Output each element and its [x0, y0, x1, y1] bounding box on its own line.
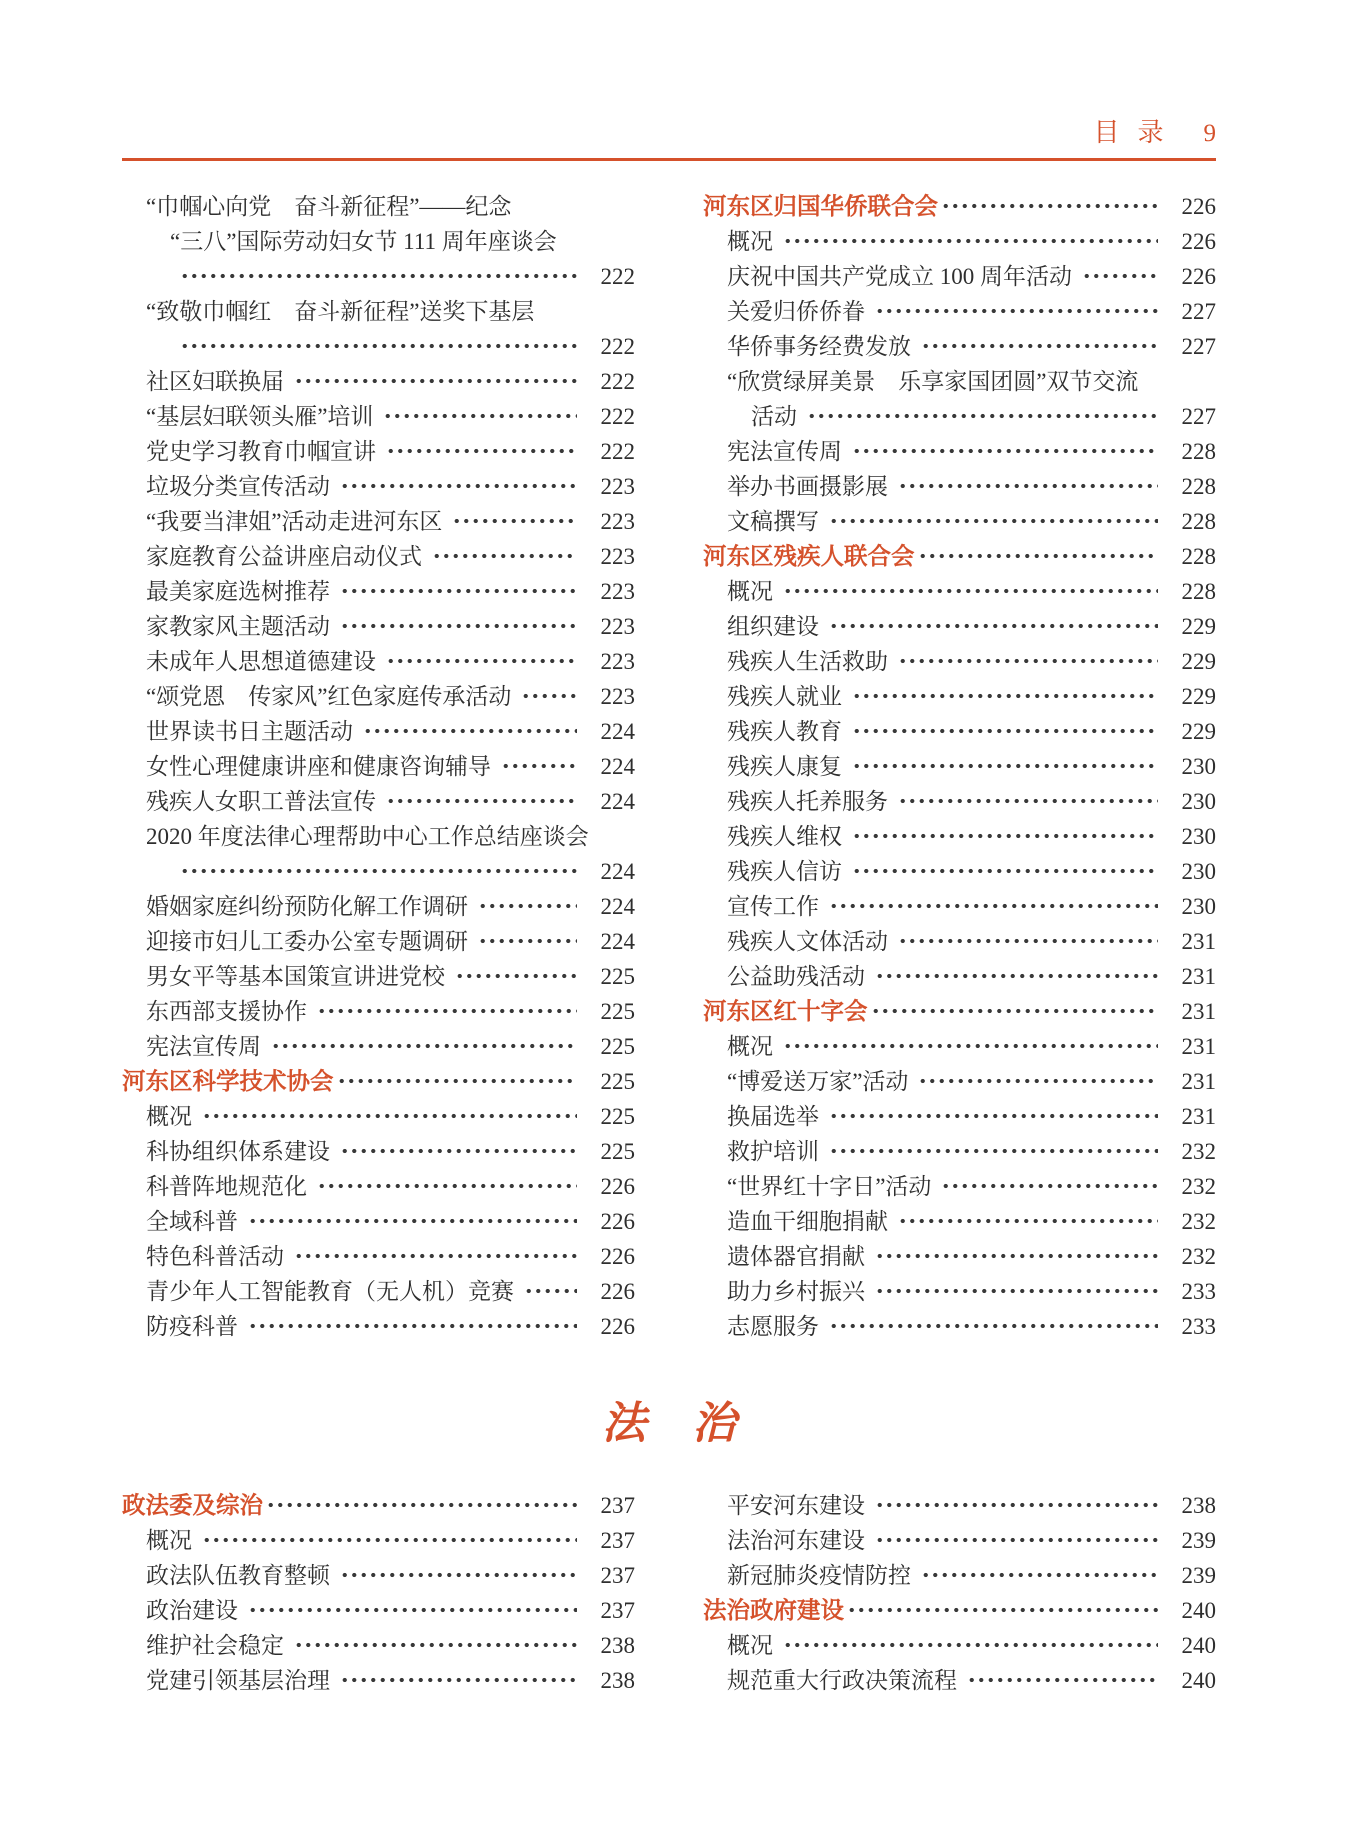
- entry-label: “巾帼心向党 奋斗新征程”——纪念: [146, 189, 511, 224]
- entry-label: 政法队伍教育整顿: [146, 1558, 330, 1593]
- entry-label: 残疾人生活救助: [727, 644, 888, 679]
- entry-label: “我要当津姐”活动走进河东区: [146, 504, 442, 539]
- page-number: 226: [587, 1169, 635, 1204]
- page-number: 223: [587, 609, 635, 644]
- dot-leader: [1082, 272, 1158, 280]
- dot-leader: [852, 692, 1158, 700]
- toc-entry-line: 防疫科普226: [122, 1309, 635, 1344]
- page-number: 222: [587, 364, 635, 399]
- dot-leader: [521, 692, 577, 700]
- toc-entry-line: 家教家风主题活动223: [122, 609, 635, 644]
- entry-label: 党建引领基层治理: [146, 1663, 330, 1698]
- dot-leader: [317, 1182, 577, 1190]
- dot-leader: [340, 1676, 577, 1684]
- entry-label: “致敬巾帼红 奋斗新征程”送奖下基层: [146, 294, 534, 329]
- dot-leader: [180, 342, 577, 350]
- toc-entry-line: 特色科普活动226: [122, 1239, 635, 1274]
- toc-entry-line: 222: [122, 329, 635, 364]
- dot-leader: [941, 1182, 1158, 1190]
- dot-leader: [294, 377, 577, 385]
- page-number: 226: [1168, 224, 1216, 259]
- toc-entry-line: 法治河东建设239: [703, 1523, 1216, 1558]
- page-number: 224: [587, 924, 635, 959]
- page-number: 226: [587, 1204, 635, 1239]
- toc-entry-line: 未成年人思想道德建设223: [122, 644, 635, 679]
- page-number: 225: [587, 1029, 635, 1064]
- toc-entry-line: 规范重大行政决策流程240: [703, 1663, 1216, 1698]
- toc-entry-line: 女性心理健康讲座和健康咨询辅导224: [122, 749, 635, 784]
- toc-entry-line: “颂党恩 传家风”红色家庭传承活动223: [122, 679, 635, 714]
- page-number: 223: [587, 574, 635, 609]
- entry-label: 2020 年度法律心理帮助中心工作总结座谈会: [146, 819, 589, 854]
- entry-label: 科普阵地规范化: [146, 1169, 307, 1204]
- dot-leader: [363, 727, 577, 735]
- page-number: 238: [1168, 1488, 1216, 1523]
- entry-label: 政治建设: [146, 1593, 238, 1628]
- entry-label: 公益助残活动: [727, 959, 865, 994]
- page-number: 223: [587, 679, 635, 714]
- entry-label: 党史学习教育巾帼宣讲: [146, 434, 376, 469]
- entry-label: 换届选举: [727, 1099, 819, 1134]
- entry-label: 残疾人托养服务: [727, 784, 888, 819]
- toc-entry-line: 概况237: [122, 1523, 635, 1558]
- page-number: 222: [587, 434, 635, 469]
- dot-leader: [807, 412, 1158, 420]
- entry-label: 举办书画摄影展: [727, 469, 888, 504]
- entry-label: 概况: [146, 1523, 192, 1558]
- entry-label: 社区妇联换届: [146, 364, 284, 399]
- toc-entry-line: 残疾人生活救助229: [703, 644, 1216, 679]
- entry-label: 残疾人女职工普法宣传: [146, 784, 376, 819]
- entry-label: 救护培训: [727, 1134, 819, 1169]
- dot-leader: [898, 482, 1158, 490]
- page-number: 232: [1168, 1134, 1216, 1169]
- divider-char-2: 治: [692, 1398, 736, 1449]
- dot-leader: [875, 307, 1158, 315]
- toc-bottom-columns: 政法委及综治237概况237政法队伍教育整顿237政治建设237维护社会稳定23…: [122, 1488, 1216, 1698]
- entry-label: 活动: [751, 399, 797, 434]
- toc-entry-line: 志愿服务233: [703, 1309, 1216, 1344]
- entry-label: 婚姻家庭纠纷预防化解工作调研: [146, 889, 468, 924]
- toc-entry-line: 迎接市妇儿工委办公室专题调研224: [122, 924, 635, 959]
- dot-leader: [921, 1571, 1158, 1579]
- page-number: 227: [1168, 399, 1216, 434]
- entry-label: 法治河东建设: [727, 1523, 865, 1558]
- dot-leader: [898, 797, 1158, 805]
- page-number: 225: [587, 1099, 635, 1134]
- toc-bottom-right-column: 平安河东建设238法治河东建设239新冠肺炎疫情防控239法治政府建设240概况…: [703, 1488, 1216, 1698]
- page-number: 239: [1168, 1523, 1216, 1558]
- dot-leader: [317, 1007, 577, 1015]
- section-title: 法治政府建设: [703, 1593, 844, 1628]
- page-number: 225: [587, 959, 635, 994]
- toc-entry-line: 党史学习教育巾帼宣讲222: [122, 434, 635, 469]
- page-number: 228: [1168, 469, 1216, 504]
- toc-entry-line: 组织建设229: [703, 609, 1216, 644]
- dot-leader: [248, 1606, 577, 1614]
- dot-leader: [898, 937, 1158, 945]
- dot-leader: [383, 412, 577, 420]
- page-number: 226: [1168, 189, 1216, 224]
- page-number: 228: [1168, 574, 1216, 609]
- entry-label: 志愿服务: [727, 1309, 819, 1344]
- dot-leader: [847, 1606, 1158, 1614]
- page-number: 224: [587, 784, 635, 819]
- toc-entry-line: 宪法宣传周225: [122, 1029, 635, 1064]
- toc-page: 目 录 9 “巾帼心向党 奋斗新征程”——纪念“三八”国际劳动妇女节 111 周…: [122, 0, 1216, 1698]
- dot-leader: [875, 1501, 1158, 1509]
- page-number: 223: [587, 469, 635, 504]
- dot-leader: [829, 1112, 1158, 1120]
- toc-entry-line: 婚姻家庭纠纷预防化解工作调研224: [122, 889, 635, 924]
- entry-label: 残疾人维权: [727, 819, 842, 854]
- page-number: 226: [587, 1274, 635, 1309]
- toc-entry-line: 残疾人康复230: [703, 749, 1216, 784]
- entry-label: 最美家庭选树推荐: [146, 574, 330, 609]
- toc-entry-line: 换届选举231: [703, 1099, 1216, 1134]
- toc-entry-line: 助力乡村振兴233: [703, 1274, 1216, 1309]
- entry-label: 华侨事务经费发放: [727, 329, 911, 364]
- dot-leader: [921, 342, 1158, 350]
- entry-label: 家庭教育公益讲座启动仪式: [146, 539, 422, 574]
- entry-label: 新冠肺炎疫情防控: [727, 1558, 911, 1593]
- page-number: 228: [1168, 504, 1216, 539]
- page-header: 目 录 9: [122, 0, 1216, 149]
- toc-entry-line: “基层妇联领头雁”培训222: [122, 399, 635, 434]
- page-number: 226: [1168, 259, 1216, 294]
- toc-top-left-column: “巾帼心向党 奋斗新征程”——纪念“三八”国际劳动妇女节 111 周年座谈会22…: [122, 189, 635, 1344]
- dot-leader: [452, 517, 577, 525]
- page-number: 229: [1168, 609, 1216, 644]
- page-number: 232: [1168, 1239, 1216, 1274]
- divider-char-1: 法: [602, 1398, 646, 1449]
- entry-label: 宪法宣传周: [146, 1029, 261, 1064]
- dot-leader: [180, 272, 577, 280]
- page-number: 223: [587, 504, 635, 539]
- toc-entry-line: “世界红十字日”活动232: [703, 1169, 1216, 1204]
- page-number: 237: [587, 1593, 635, 1628]
- entry-label: 造血干细胞捐献: [727, 1204, 888, 1239]
- page-number: 231: [1168, 924, 1216, 959]
- dot-leader: [852, 762, 1158, 770]
- toc-section-line: 河东区残疾人联合会228: [703, 539, 1216, 574]
- page-number: 240: [1168, 1593, 1216, 1628]
- toc-entry-line: 青少年人工智能教育（无人机）竞赛226: [122, 1274, 635, 1309]
- entry-label: 迎接市妇儿工委办公室专题调研: [146, 924, 468, 959]
- page-number: 229: [1168, 714, 1216, 749]
- dot-leader: [386, 797, 577, 805]
- toc-entry-line: 概况225: [122, 1099, 635, 1134]
- page-number: 225: [587, 994, 635, 1029]
- toc-entry-line: 残疾人教育229: [703, 714, 1216, 749]
- toc-entry-line: 遗体器官捐献232: [703, 1239, 1216, 1274]
- toc-entry-line: 224: [122, 854, 635, 889]
- dot-leader: [898, 657, 1158, 665]
- toc-entry-line: 政治建设237: [122, 1593, 635, 1628]
- dot-leader: [875, 1287, 1158, 1295]
- entry-label: “三八”国际劳动妇女节 111 周年座谈会: [170, 224, 557, 259]
- entry-label: “世界红十字日”活动: [727, 1169, 931, 1204]
- page-number: 240: [1168, 1663, 1216, 1698]
- header-title-char-2: 录: [1137, 112, 1163, 149]
- dot-leader: [829, 1147, 1158, 1155]
- entry-label: 残疾人康复: [727, 749, 842, 784]
- toc-section-line: 政法委及综治237: [122, 1488, 635, 1523]
- section-title: 河东区红十字会: [703, 994, 868, 1029]
- page-number: 233: [1168, 1309, 1216, 1344]
- entry-label: “颂党恩 传家风”红色家庭传承活动: [146, 679, 511, 714]
- toc-entry-line: 东西部支援协作225: [122, 994, 635, 1029]
- dot-leader: [337, 1077, 578, 1085]
- dot-leader: [340, 587, 577, 595]
- page-number: 230: [1168, 889, 1216, 924]
- entry-label: 家教家风主题活动: [146, 609, 330, 644]
- toc-entry-line: 庆祝中国共产党成立 100 周年活动226: [703, 259, 1216, 294]
- section-title: 政法委及综治: [122, 1488, 263, 1523]
- dot-leader: [783, 1042, 1158, 1050]
- entry-label: 残疾人信访: [727, 854, 842, 889]
- toc-entry-line: 概况228: [703, 574, 1216, 609]
- page-number: 224: [587, 889, 635, 924]
- toc-entry-line: 概况240: [703, 1628, 1216, 1663]
- dot-leader: [340, 1147, 577, 1155]
- entry-label: 维护社会稳定: [146, 1628, 284, 1663]
- dot-leader: [829, 517, 1158, 525]
- part-divider-title: 法治: [122, 1400, 1216, 1448]
- entry-label: 东西部支援协作: [146, 994, 307, 1029]
- entry-label: 垃圾分类宣传活动: [146, 469, 330, 504]
- toc-entry-line: 科协组织体系建设225: [122, 1134, 635, 1169]
- toc-entry-line: 宪法宣传周228: [703, 434, 1216, 469]
- entry-label: 残疾人教育: [727, 714, 842, 749]
- dot-leader: [432, 552, 577, 560]
- page-number: 228: [1168, 539, 1216, 574]
- entry-label: 特色科普活动: [146, 1239, 284, 1274]
- toc-section-line: 河东区红十字会231: [703, 994, 1216, 1029]
- toc-entry-line: “巾帼心向党 奋斗新征程”——纪念: [122, 189, 635, 224]
- dot-leader: [898, 1217, 1158, 1225]
- toc-section-line: 河东区归国华侨联合会226: [703, 189, 1216, 224]
- entry-label: 概况: [727, 224, 773, 259]
- dot-leader: [852, 867, 1158, 875]
- page-number: 226: [587, 1239, 635, 1274]
- toc-entry-line: “我要当津姐”活动走进河东区223: [122, 504, 635, 539]
- dot-leader: [248, 1322, 577, 1330]
- page-number: 223: [587, 539, 635, 574]
- entry-label: 概况: [727, 1029, 773, 1064]
- toc-entry-line: 残疾人女职工普法宣传224: [122, 784, 635, 819]
- page-number: 229: [1168, 644, 1216, 679]
- page-number: 230: [1168, 854, 1216, 889]
- page-number: 240: [1168, 1628, 1216, 1663]
- toc-entry-line: 家庭教育公益讲座启动仪式223: [122, 539, 635, 574]
- toc-entry-line: 残疾人维权230: [703, 819, 1216, 854]
- dot-leader: [340, 482, 577, 490]
- dot-leader: [478, 902, 577, 910]
- toc-entry-line: 社区妇联换届222: [122, 364, 635, 399]
- toc-bottom-left-column: 政法委及综治237概况237政法队伍教育整顿237政治建设237维护社会稳定23…: [122, 1488, 635, 1698]
- page-number: 232: [1168, 1204, 1216, 1239]
- dot-leader: [783, 1641, 1158, 1649]
- dot-leader: [783, 587, 1158, 595]
- toc-entry-line: 党建引领基层治理238: [122, 1663, 635, 1698]
- toc-entry-line: 垃圾分类宣传活动223: [122, 469, 635, 504]
- toc-entry-line: 华侨事务经费发放227: [703, 329, 1216, 364]
- dot-leader: [829, 902, 1158, 910]
- page-number: 224: [587, 854, 635, 889]
- page-number: 225: [587, 1064, 635, 1099]
- entry-label: 全域科普: [146, 1204, 238, 1239]
- entry-label: 防疫科普: [146, 1309, 238, 1344]
- entry-label: 助力乡村振兴: [727, 1274, 865, 1309]
- toc-entry-line: 残疾人托养服务230: [703, 784, 1216, 819]
- dot-leader: [875, 972, 1158, 980]
- page-number: 222: [587, 259, 635, 294]
- page-number: 231: [1168, 1099, 1216, 1134]
- page-number: 222: [587, 399, 635, 434]
- page-number: 228: [1168, 434, 1216, 469]
- entry-label: 男女平等基本国策宣讲进党校: [146, 959, 445, 994]
- page-number: 227: [1168, 329, 1216, 364]
- toc-entry-line: 世界读书日主题活动224: [122, 714, 635, 749]
- dot-leader: [266, 1501, 577, 1509]
- toc-top-right-column: 河东区归国华侨联合会226概况226庆祝中国共产党成立 100 周年活动226关…: [703, 189, 1216, 1344]
- dot-leader: [783, 237, 1158, 245]
- entry-label: 世界读书日主题活动: [146, 714, 353, 749]
- dot-leader: [967, 1676, 1158, 1684]
- dot-leader: [852, 727, 1158, 735]
- toc-entry-line: 活动227: [703, 399, 1216, 434]
- entry-label: 庆祝中国共产党成立 100 周年活动: [727, 259, 1072, 294]
- dot-leader: [918, 1077, 1158, 1085]
- entry-label: 文稿撰写: [727, 504, 819, 539]
- page-number: 230: [1168, 819, 1216, 854]
- dot-leader: [829, 622, 1158, 630]
- entry-label: “基层妇联领头雁”培训: [146, 399, 373, 434]
- dot-leader: [271, 1042, 577, 1050]
- dot-leader: [478, 937, 577, 945]
- dot-leader: [180, 867, 577, 875]
- dot-leader: [248, 1217, 577, 1225]
- toc-entry-line: 残疾人信访230: [703, 854, 1216, 889]
- dot-leader: [871, 1007, 1159, 1015]
- toc-entry-line: 造血干细胞捐献232: [703, 1204, 1216, 1239]
- page-number: 238: [587, 1628, 635, 1663]
- toc-entry-line: 222: [122, 259, 635, 294]
- page-number: 224: [587, 714, 635, 749]
- toc-entry-line: 2020 年度法律心理帮助中心工作总结座谈会: [122, 819, 635, 854]
- section-title: 河东区科学技术协会: [122, 1064, 334, 1099]
- dot-leader: [918, 552, 1159, 560]
- dot-leader: [524, 1287, 577, 1295]
- toc-entry-line: “致敬巾帼红 奋斗新征程”送奖下基层: [122, 294, 635, 329]
- dot-leader: [294, 1641, 577, 1649]
- dot-leader: [386, 447, 577, 455]
- entry-label: 宣传工作: [727, 889, 819, 924]
- entry-label: 未成年人思想道德建设: [146, 644, 376, 679]
- entry-label: 概况: [146, 1099, 192, 1134]
- entry-label: 概况: [727, 574, 773, 609]
- page-number: 231: [1168, 959, 1216, 994]
- page-number: 231: [1168, 994, 1216, 1029]
- entry-label: 青少年人工智能教育（无人机）竞赛: [146, 1274, 514, 1309]
- dot-leader: [501, 762, 577, 770]
- header-title-char-1: 目: [1093, 112, 1119, 149]
- toc-entry-line: 关爱归侨侨眷227: [703, 294, 1216, 329]
- page-number: 224: [587, 749, 635, 784]
- toc-entry-line: 文稿撰写228: [703, 504, 1216, 539]
- page-number: 233: [1168, 1274, 1216, 1309]
- toc-entry-line: 男女平等基本国策宣讲进党校225: [122, 959, 635, 994]
- dot-leader: [294, 1252, 577, 1260]
- dot-leader: [340, 1571, 577, 1579]
- toc-entry-line: “博爱送万家”活动231: [703, 1064, 1216, 1099]
- toc-top-columns: “巾帼心向党 奋斗新征程”——纪念“三八”国际劳动妇女节 111 周年座谈会22…: [122, 189, 1216, 1344]
- entry-label: 概况: [727, 1628, 773, 1663]
- entry-label: 残疾人就业: [727, 679, 842, 714]
- section-title: 河东区残疾人联合会: [703, 539, 915, 574]
- header-page-number: 9: [1204, 120, 1217, 148]
- toc-entry-line: 平安河东建设238: [703, 1488, 1216, 1523]
- dot-leader: [875, 1536, 1158, 1544]
- dot-leader: [852, 832, 1158, 840]
- entry-label: 关爱归侨侨眷: [727, 294, 865, 329]
- dot-leader: [340, 622, 577, 630]
- entry-label: 残疾人文体活动: [727, 924, 888, 959]
- toc-entry-line: 举办书画摄影展228: [703, 469, 1216, 504]
- toc-entry-line: 公益助残活动231: [703, 959, 1216, 994]
- toc-entry-line: 概况231: [703, 1029, 1216, 1064]
- toc-section-line: 河东区科学技术协会225: [122, 1064, 635, 1099]
- dot-leader: [941, 202, 1158, 210]
- entry-label: 科协组织体系建设: [146, 1134, 330, 1169]
- toc-section-line: 法治政府建设240: [703, 1593, 1216, 1628]
- toc-entry-line: 维护社会稳定238: [122, 1628, 635, 1663]
- page-number: 237: [587, 1488, 635, 1523]
- dot-leader: [202, 1112, 577, 1120]
- entry-label: 遗体器官捐献: [727, 1239, 865, 1274]
- toc-entry-line: 救护培训232: [703, 1134, 1216, 1169]
- entry-label: “博爱送万家”活动: [727, 1064, 908, 1099]
- page-number: 237: [587, 1558, 635, 1593]
- page-number: 225: [587, 1134, 635, 1169]
- page-number: 222: [587, 329, 635, 364]
- toc-entry-line: 科普阵地规范化226: [122, 1169, 635, 1204]
- toc-entry-line: “欣赏绿屏美景 乐享家国团圆”双节交流: [703, 364, 1216, 399]
- entry-label: 组织建设: [727, 609, 819, 644]
- page-number: 230: [1168, 749, 1216, 784]
- dot-leader: [875, 1252, 1158, 1260]
- toc-entry-line: 全域科普226: [122, 1204, 635, 1239]
- entry-label: “欣赏绿屏美景 乐享家国团圆”双节交流: [727, 364, 1138, 399]
- page-number: 239: [1168, 1558, 1216, 1593]
- page-number: 238: [587, 1663, 635, 1698]
- toc-entry-line: 新冠肺炎疫情防控239: [703, 1558, 1216, 1593]
- dot-leader: [202, 1536, 577, 1544]
- entry-label: 女性心理健康讲座和健康咨询辅导: [146, 749, 491, 784]
- entry-label: 平安河东建设: [727, 1488, 865, 1523]
- page-number: 232: [1168, 1169, 1216, 1204]
- dot-leader: [852, 447, 1158, 455]
- page-number: 229: [1168, 679, 1216, 714]
- entry-label: 规范重大行政决策流程: [727, 1663, 957, 1698]
- dot-leader: [829, 1322, 1158, 1330]
- page-number: 231: [1168, 1029, 1216, 1064]
- toc-entry-line: 概况226: [703, 224, 1216, 259]
- page-number: 230: [1168, 784, 1216, 819]
- page-number: 226: [587, 1309, 635, 1344]
- page-number: 223: [587, 644, 635, 679]
